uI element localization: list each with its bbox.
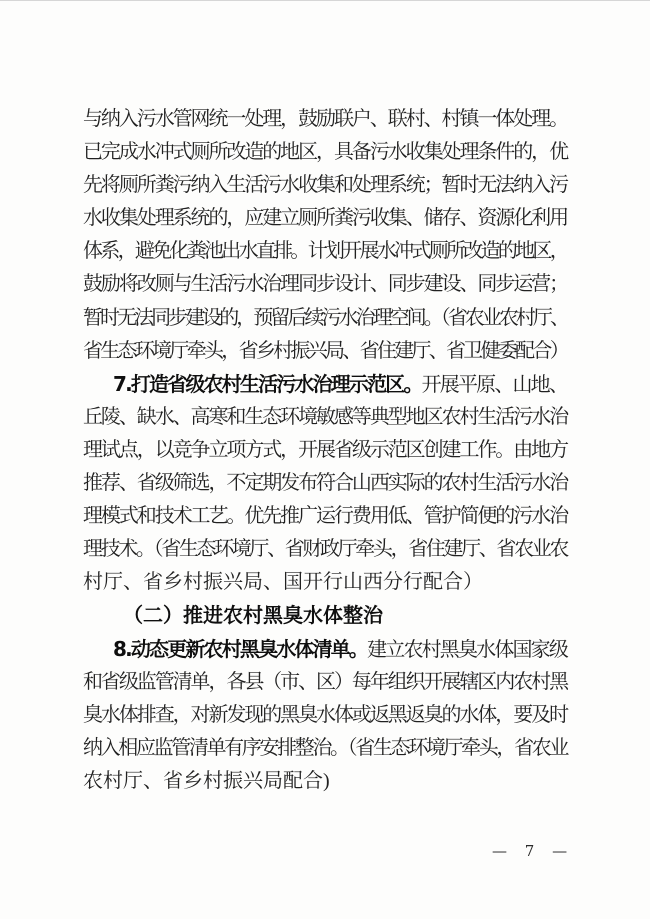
body-text: 理试点，以竞争立项方式，开展省级示范区创建工作。由地方 [83, 439, 567, 461]
text-line: 鼓励将改厕与生活污水治理同步设计、同步建设、同步运营； [83, 268, 567, 301]
body-text: 体系，避免化粪池出水直排。计划开展水冲式厕所改造的地区， [83, 240, 567, 262]
text-line-content: 理试点，以竞争立项方式，开展省级示范区创建工作。由地方 [83, 434, 567, 467]
text-line: 理试点，以竞争立项方式，开展省级示范区创建工作。由地方 [83, 434, 567, 467]
body-text: 农村厅、省乡村振兴局配合) [83, 770, 330, 792]
text-line: 理模式和技术工艺。优先推广运行费用低、管护简便的污水治 [83, 500, 567, 533]
body-text: 已完成水冲式厕所改造的地区，具备污水收集处理条件的，优 [83, 141, 567, 163]
text-line-content: 鼓励将改厕与生活污水治理同步设计、同步建设、同步运营； [83, 268, 567, 301]
text-line-content: 已完成水冲式厕所改造的地区，具备污水收集处理条件的，优 [83, 136, 567, 169]
text-line-content: 丘陵、缺水、高寒和生态环境敏感等典型地区农村生活污水治 [83, 401, 567, 434]
body-text: 开展平原、山地、 [422, 374, 567, 396]
body-text: 理技术。（省生态环境厅、省财政厅牵头，省住建厅、省农业农 [83, 538, 567, 560]
body-text: 先将厕所粪污纳入生活污水收集和处理系统；暂时无法纳入污 [83, 174, 567, 196]
text-line-content: 水收集处理系统的，应建立厕所粪污收集、储存、资源化利用 [83, 202, 567, 235]
body-text: 纳入相应监管清单有序安排整治。（省生态环境厅牵头，省农业 [83, 737, 567, 759]
body-text: 暂时无法同步建设的，预留后续污水治理空间。（省农业农村厅、 [83, 307, 567, 329]
text-line: 村厅、省乡村振兴局、国开行山西分行配合） [83, 566, 567, 599]
text-line-content: 体系，避免化粪池出水直排。计划开展水冲式厕所改造的地区， [83, 235, 567, 268]
text-line-content: 农村厅、省乡村振兴局配合) [83, 765, 330, 798]
body-text: 推荐、省级筛选，不定期发布符合山西实际的农村生活污水治 [83, 472, 567, 494]
document-body: 与纳入污水管网统一处理，鼓励联户、联村、村镇一体处理。已完成水冲式厕所改造的地区… [83, 103, 567, 798]
body-text: 建立农村黑臭水体国家级 [367, 639, 567, 661]
text-line-content: 理技术。（省生态环境厅、省财政厅牵头，省住建厅、省农业农 [83, 533, 567, 566]
page-number: — 7 — [492, 842, 568, 860]
body-text: 理模式和技术工艺。优先推广运行费用低、管护简便的污水治 [83, 505, 567, 527]
heading-text: 7.打造省级农村生活污水治理示范区。 [113, 372, 422, 396]
text-line: 丘陵、缺水、高寒和生态环境敏感等典型地区农村生活污水治 [83, 401, 567, 434]
text-line-content: （二）推进农村黑臭水体整治 [123, 599, 383, 633]
body-text: 水收集处理系统的，应建立厕所粪污收集、储存、资源化利用 [83, 207, 567, 229]
text-line-content: 8.动态更新农村黑臭水体清单。建立农村黑臭水体国家级 [113, 633, 567, 667]
text-line-content: 理模式和技术工艺。优先推广运行费用低、管护简便的污水治 [83, 500, 567, 533]
text-line-content: 和省级监管清单，各县（市、区）每年组织开展辖区内农村黑 [83, 666, 567, 699]
heading-text: （二）推进农村黑臭水体整治 [123, 603, 383, 627]
text-line: 农村厅、省乡村振兴局配合) [83, 765, 567, 798]
text-line-content: 暂时无法同步建设的，预留后续污水治理空间。（省农业农村厅、 [83, 302, 567, 335]
text-line-content: 臭水体排查，对新发现的黑臭水体或返黑返臭的水体，要及时 [83, 699, 567, 732]
text-line: 8.动态更新农村黑臭水体清单。建立农村黑臭水体国家级 [83, 633, 567, 666]
body-text: 鼓励将改厕与生活污水治理同步设计、同步建设、同步运营； [83, 273, 567, 295]
page-top-edge [0, 0, 650, 1]
document-page: 与纳入污水管网统一处理，鼓励联户、联村、村镇一体处理。已完成水冲式厕所改造的地区… [0, 0, 650, 919]
text-line: 暂时无法同步建设的，预留后续污水治理空间。（省农业农村厅、 [83, 302, 567, 335]
text-line: 和省级监管清单，各县（市、区）每年组织开展辖区内农村黑 [83, 666, 567, 699]
text-line-content: 先将厕所粪污纳入生活污水收集和处理系统；暂时无法纳入污 [83, 169, 567, 202]
text-line-content: 7.打造省级农村生活污水治理示范区。开展平原、山地、 [113, 368, 567, 402]
text-line-content: 与纳入污水管网统一处理，鼓励联户、联村、村镇一体处理。 [83, 103, 567, 136]
text-line: 省生态环境厅牵头，省乡村振兴局、省住建厅、省卫健委配合） [83, 335, 567, 368]
text-line-content: 村厅、省乡村振兴局、国开行山西分行配合） [83, 566, 483, 599]
text-line: 7.打造省级农村生活污水治理示范区。开展平原、山地、 [83, 368, 567, 401]
text-line-content: 推荐、省级筛选，不定期发布符合山西实际的农村生活污水治 [83, 467, 567, 500]
body-text: 村厅、省乡村振兴局、国开行山西分行配合） [83, 571, 483, 593]
text-line: （二）推进农村黑臭水体整治 [83, 599, 567, 632]
text-line: 臭水体排查，对新发现的黑臭水体或返黑返臭的水体，要及时 [83, 699, 567, 732]
text-line: 体系，避免化粪池出水直排。计划开展水冲式厕所改造的地区， [83, 235, 567, 268]
body-text: 丘陵、缺水、高寒和生态环境敏感等典型地区农村生活污水治 [83, 406, 567, 428]
body-text: 臭水体排查，对新发现的黑臭水体或返黑返臭的水体，要及时 [83, 704, 567, 726]
text-line-content: 省生态环境厅牵头，省乡村振兴局、省住建厅、省卫健委配合） [83, 335, 567, 368]
text-line-content: 纳入相应监管清单有序安排整治。（省生态环境厅牵头，省农业 [83, 732, 567, 765]
body-text: 省生态环境厅牵头，省乡村振兴局、省住建厅、省卫健委配合） [83, 340, 567, 362]
text-line: 纳入相应监管清单有序安排整治。（省生态环境厅牵头，省农业 [83, 732, 567, 765]
text-line: 推荐、省级筛选，不定期发布符合山西实际的农村生活污水治 [83, 467, 567, 500]
heading-text: 8.动态更新农村黑臭水体清单。 [113, 637, 367, 661]
text-line: 先将厕所粪污纳入生活污水收集和处理系统；暂时无法纳入污 [83, 169, 567, 202]
body-text: 与纳入污水管网统一处理，鼓励联户、联村、村镇一体处理。 [83, 108, 567, 130]
body-text: 和省级监管清单，各县（市、区）每年组织开展辖区内农村黑 [83, 671, 567, 693]
text-line: 理技术。（省生态环境厅、省财政厅牵头，省住建厅、省农业农 [83, 533, 567, 566]
text-line: 已完成水冲式厕所改造的地区，具备污水收集处理条件的，优 [83, 136, 567, 169]
text-line: 与纳入污水管网统一处理，鼓励联户、联村、村镇一体处理。 [83, 103, 567, 136]
text-line: 水收集处理系统的，应建立厕所粪污收集、储存、资源化利用 [83, 202, 567, 235]
